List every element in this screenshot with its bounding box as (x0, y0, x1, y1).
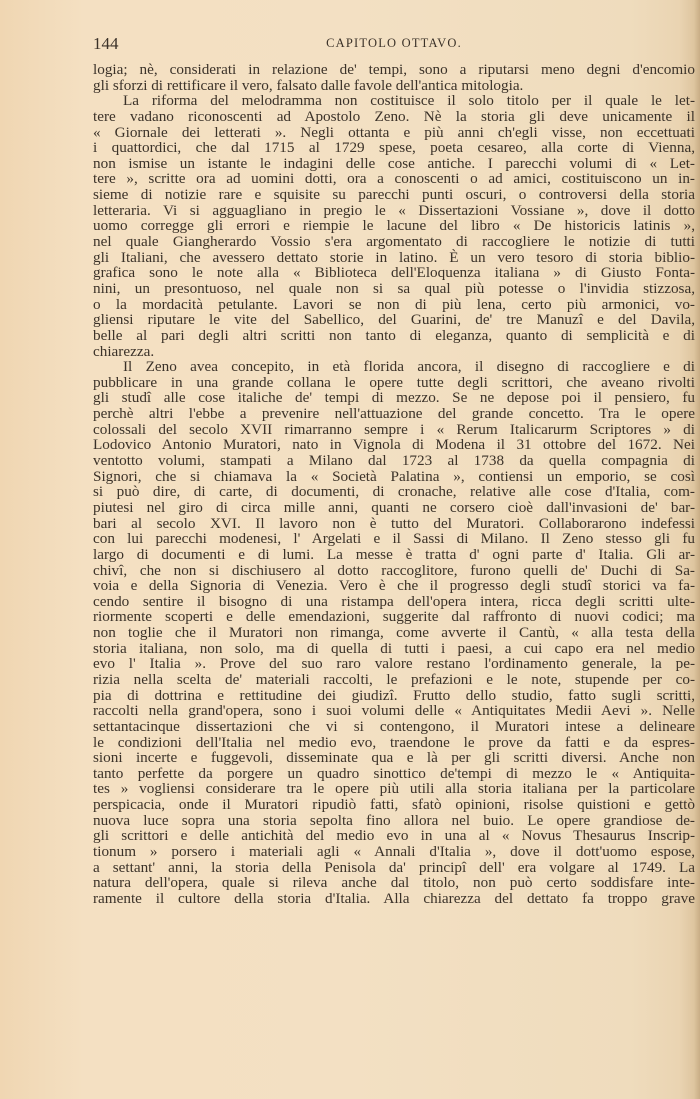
paragraph-start-line: Il Zeno avea concepito, in età florida a… (93, 359, 695, 375)
text-line: piutesi nel giro di circa mille anni, qu… (93, 500, 695, 516)
text-line: gli studî alle cose italiche de' tempi d… (93, 390, 695, 406)
text-line: colossali del secolo XVII rimarranno sem… (93, 422, 695, 438)
text-line: settantacinque dissertazioni che vi si c… (93, 719, 695, 735)
text-line: largo di documenti e di lumi. La messe è… (93, 547, 695, 563)
text-line: i quattordici, che dal 1715 al 1729 spes… (93, 140, 695, 156)
text-line: bari al secolo XVI. Il lavoro non è tutt… (93, 516, 695, 532)
text-line: Signori, che si chiamava la « Società Pa… (93, 469, 695, 485)
paragraph-start-line: La riforma del melodramma non costituisc… (93, 93, 695, 109)
text-line: gli scrittori e delle antichità del medi… (93, 828, 695, 844)
text-line: chivî, che non si dischiusero al dotto r… (93, 563, 695, 579)
text-line: Lodovico Antonio Muratori, nato in Vigno… (93, 437, 695, 453)
text-line: gliensi riputare le vite del Sabellico, … (93, 312, 695, 328)
text-line: tionum » porsero i materiali agli « Anna… (93, 844, 695, 860)
text-line: tes » vogliensi considerare tra le opere… (93, 781, 695, 797)
text-line: pia di dottrina e rettitudine dei giudiz… (93, 688, 695, 704)
text-line: gli sforzi di rettificare il vero, falsa… (93, 78, 695, 94)
text-line: letteraria. Vi si agguagliano in pregio … (93, 203, 695, 219)
page-edge-shadow (694, 0, 700, 1099)
text-line: tanto perfette da porgere un quadro sino… (93, 766, 695, 782)
text-line (93, 907, 695, 923)
text-line: o la mordacità petulante. Lavori se non … (93, 297, 695, 313)
text-line: tere vadano riconoscenti ad Apostolo Zen… (93, 109, 695, 125)
text-line: belle al pari degli altri scritti non ta… (93, 328, 695, 344)
body-text: logia; nè, considerati in relazione de' … (93, 62, 695, 922)
text-line: rizia nella scelta de' materiali raccolt… (93, 672, 695, 688)
text-line: grafica sono le note alla « Biblioteca d… (93, 265, 695, 281)
text-line: perspicacia, onde il Muratori ripudiò fa… (93, 797, 695, 813)
text-line: non ismise un istante le indagini delle … (93, 156, 695, 172)
text-line: gli Italiani, che avessero dettato stori… (93, 250, 695, 266)
text-line: ventotto volumi, stampati a Milano dal 1… (93, 453, 695, 469)
book-page: 144 CAPITOLO OTTAVO. logia; nè, consider… (0, 0, 700, 1099)
text-line: le condizioni dell'Italia nel medio evo,… (93, 735, 695, 751)
text-line: a settant' anni, la storia della Penisol… (93, 860, 695, 876)
text-line: chiarezza. (93, 344, 695, 360)
text-line: pubblicare in una grande collana le oper… (93, 375, 695, 391)
text-line: nini, un presontuoso, nel quale non si s… (93, 281, 695, 297)
text-line: raccolti nella grand'opera, sono i suoi … (93, 703, 695, 719)
text-line: natura dell'opera, quale si rileva anche… (93, 875, 695, 891)
text-line: sieme di notizie rare e squisite su pare… (93, 187, 695, 203)
text-line: riormente scoperti e delle emendazioni, … (93, 609, 695, 625)
text-line: si può dire, di carte, di documenti, di … (93, 484, 695, 500)
text-line: voia e della Signoria di Venezia. Vero è… (93, 578, 695, 594)
text-line: non toglie che il Muratori non rimanga, … (93, 625, 695, 641)
text-line: nuova luce sopra una storia sepolta fino… (93, 813, 695, 829)
text-line: logia; nè, considerati in relazione de' … (93, 62, 695, 78)
text-line: cendo sentire il bisogno di una ristampa… (93, 594, 695, 610)
running-head: 144 CAPITOLO OTTAVO. (93, 34, 695, 54)
text-line: con lui parecchi modenesi, l' Argelati e… (93, 531, 695, 547)
chapter-title: CAPITOLO OTTAVO. (93, 36, 695, 51)
text-line: ramente il cultore della storia d'Italia… (93, 891, 695, 907)
text-line: « Giornale dei letterati ». Negli ottant… (93, 125, 695, 141)
text-line: tere », scritte ora ad uomini dotti, ora… (93, 171, 695, 187)
text-line: evo l' Italia ». Prove del suo raro valo… (93, 656, 695, 672)
text-line: uomo corregge gli errori e riempie le la… (93, 218, 695, 234)
text-line: perchè altri l'ebbe a prevenire nell'att… (93, 406, 695, 422)
text-line: sioni incerte e fuggevoli, disseminate q… (93, 750, 695, 766)
text-line: storia italiana, non solo, ma di quella … (93, 641, 695, 657)
text-line: nel quale Giangherardo Vossio s'era argo… (93, 234, 695, 250)
